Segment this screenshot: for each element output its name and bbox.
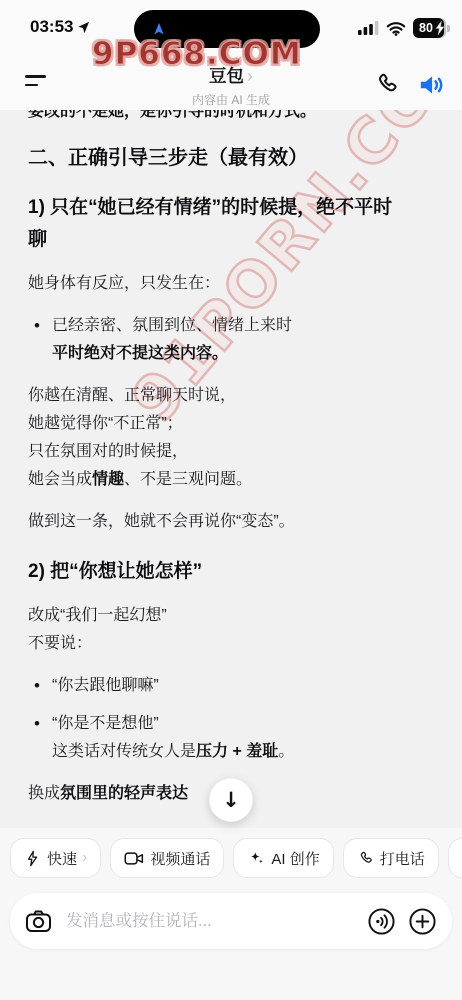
- bold-text: 氛围里的轻声表达: [60, 785, 188, 802]
- content-heading: 2) 把“你想让她怎样”: [28, 556, 410, 588]
- bullet-item: “你去跟他聊嘛”: [28, 672, 434, 700]
- content-paragraph: 改成“我们一起幻想”不要说：: [28, 602, 434, 658]
- bold-text: 压力 + 羞耻: [196, 743, 278, 760]
- text: 这类话对传统女人是: [52, 743, 196, 760]
- chip-label: AI 创作: [271, 848, 319, 869]
- chip-ai-create[interactable]: AI 创作: [233, 838, 333, 878]
- bullet-item: “你是不是想他”这类话对传统女人是压力 + 羞耻。: [28, 710, 434, 766]
- bold-text: 情趣: [92, 471, 124, 488]
- text: 改成“我们一起幻想”: [28, 607, 167, 624]
- text: 、不是三观问题。: [124, 471, 252, 488]
- text-line: 已经亲密、氛围到位、情绪上来时: [52, 312, 434, 340]
- bold-text: 平时绝对不提这类内容。: [52, 345, 228, 362]
- text: 她会当成: [28, 471, 92, 488]
- status-right-cluster: 80: [358, 18, 449, 38]
- navigation-active-icon: [151, 21, 167, 37]
- chip-quick[interactable]: 快速 ›: [10, 838, 101, 878]
- text-line: 不要说：: [28, 630, 434, 658]
- chat-scroll-area[interactable]: 91PORN.COM 要改的不是她，是你引导的时机和方式。二、正确引导三步走（最…: [0, 110, 462, 828]
- text-line: 只在氛围对的时候提，: [28, 438, 434, 466]
- page-title: 豆包: [209, 63, 244, 88]
- quick-actions-bar: 快速 › 视频通话 AI 创作 打: [0, 828, 462, 878]
- plus-icon[interactable]: [408, 907, 437, 936]
- time-text: 03:53: [30, 17, 73, 37]
- text-line: 她身体有反应，只发生在：: [28, 270, 434, 298]
- text: “你是不是想他”: [52, 715, 159, 732]
- cellular-signal-icon: [358, 21, 379, 35]
- content-paragraph: 你越在清醒、正常聊天时说，她越觉得你“不正常”；只在氛围对的时候提，她会当成情趣…: [28, 382, 434, 494]
- voice-call-button[interactable]: [373, 71, 400, 98]
- text: 已经亲密、氛围到位、情绪上来时: [52, 317, 292, 334]
- content-heading: 1) 只在“她已经有情绪”的时候提，绝不平时聊: [28, 192, 410, 256]
- content-paragraph: 她身体有反应，只发生在：: [28, 270, 434, 298]
- content-paragraph: 要改的不是她，是你引导的时机和方式。: [28, 110, 434, 126]
- text: “你去跟他聊嘛”: [52, 677, 159, 694]
- text: 做到这一条，她就不会再说你“变态”。: [28, 513, 295, 530]
- phone-screen: 03:53: [0, 0, 462, 1000]
- text: 换成: [28, 785, 60, 802]
- video-camera-icon: [124, 850, 144, 867]
- wifi-icon: [386, 21, 406, 36]
- speaker-on-button[interactable]: [416, 70, 446, 100]
- text: 只在氛围对的时候提，: [28, 443, 188, 460]
- content-paragraph: 做到这一条，她就不会再说你“变态”。: [28, 508, 434, 536]
- charging-bolt-icon: [435, 21, 445, 35]
- header-title-block[interactable]: 豆包 › 内容由 AI 生成: [192, 63, 270, 108]
- message-input[interactable]: [64, 911, 355, 932]
- bold-text: 要改的不是她，是你引导的时机和方式。: [28, 110, 316, 120]
- text: 她身体有反应，只发生在：: [28, 275, 220, 292]
- bottom-panel: 快速 › 视频通话 AI 创作 打: [0, 828, 462, 1000]
- text-line: 做到这一条，她就不会再说你“变态”。: [28, 508, 434, 536]
- camera-icon[interactable]: [25, 909, 52, 933]
- dynamic-island: [134, 10, 320, 48]
- battery-icon: 80: [413, 18, 449, 38]
- bold-text: 1) 只在“她已经有情绪”的时候提，绝不平时聊: [28, 197, 392, 250]
- text-line: “你是不是想他”: [52, 710, 434, 738]
- text-line: 改成“我们一起幻想”: [28, 602, 434, 630]
- phone-icon: [357, 850, 374, 867]
- app-header: 豆包 › 内容由 AI 生成: [0, 60, 462, 110]
- bullet-list: “你去跟他聊嘛”“你是不是想他”这类话对传统女人是压力 + 羞耻。: [28, 672, 434, 766]
- text: 她越觉得你“不正常”；: [28, 415, 183, 432]
- message-composer: [10, 893, 452, 949]
- text-line: 她会当成情趣、不是三观问题。: [28, 466, 434, 494]
- sparkle-icon: [247, 849, 265, 867]
- bullet-list: 已经亲密、氛围到位、情绪上来时平时绝对不提这类内容。: [28, 312, 434, 368]
- chat-content: 要改的不是她，是你引导的时机和方式。二、正确引导三步走（最有效）1) 只在“她已…: [28, 110, 434, 808]
- menu-button[interactable]: [25, 75, 51, 95]
- status-time: 03:53: [30, 17, 90, 37]
- text: 你越在清醒、正常聊天时说，: [28, 387, 236, 404]
- text-line: 你越在清醒、正常聊天时说，: [28, 382, 434, 410]
- chip-ai-cutoff[interactable]: A: [448, 838, 462, 878]
- battery-percent: 80: [415, 18, 437, 38]
- content-heading: 二、正确引导三步走（最有效）: [28, 144, 434, 172]
- down-arrow-icon: ↓: [222, 788, 240, 812]
- lightning-icon: [24, 850, 41, 867]
- chip-label: 快速: [47, 848, 77, 869]
- ai-disclaimer: 内容由 AI 生成: [192, 91, 270, 108]
- chip-label: 视频通话: [150, 848, 210, 869]
- chip-video-call[interactable]: 视频通话: [110, 838, 224, 878]
- text: 。: [278, 743, 294, 760]
- bullet-item: 已经亲密、氛围到位、情绪上来时平时绝对不提这类内容。: [28, 312, 434, 368]
- voice-mode-icon[interactable]: [367, 907, 396, 936]
- chevron-right-icon: ›: [82, 849, 87, 867]
- chip-phone-call[interactable]: 打电话: [343, 838, 439, 878]
- text-line: 这类话对传统女人是压力 + 羞耻。: [52, 738, 434, 766]
- location-arrow-icon: [77, 21, 90, 34]
- chip-label: 打电话: [380, 848, 425, 869]
- text-line: 她越觉得你“不正常”；: [28, 410, 434, 438]
- text-line: “你去跟他聊嘛”: [52, 672, 434, 700]
- text: 不要说：: [28, 635, 92, 652]
- text-line: 要改的不是她，是你引导的时机和方式。: [28, 110, 434, 126]
- text-line: 平时绝对不提这类内容。: [52, 340, 434, 368]
- top-chrome: 03:53: [0, 0, 462, 110]
- bold-text: 2) 把“你想让她怎样”: [28, 561, 202, 582]
- chevron-right-icon: ›: [247, 67, 253, 85]
- bold-text: 二、正确引导三步走（最有效）: [28, 147, 308, 169]
- scroll-to-bottom-button[interactable]: ↓: [209, 778, 253, 822]
